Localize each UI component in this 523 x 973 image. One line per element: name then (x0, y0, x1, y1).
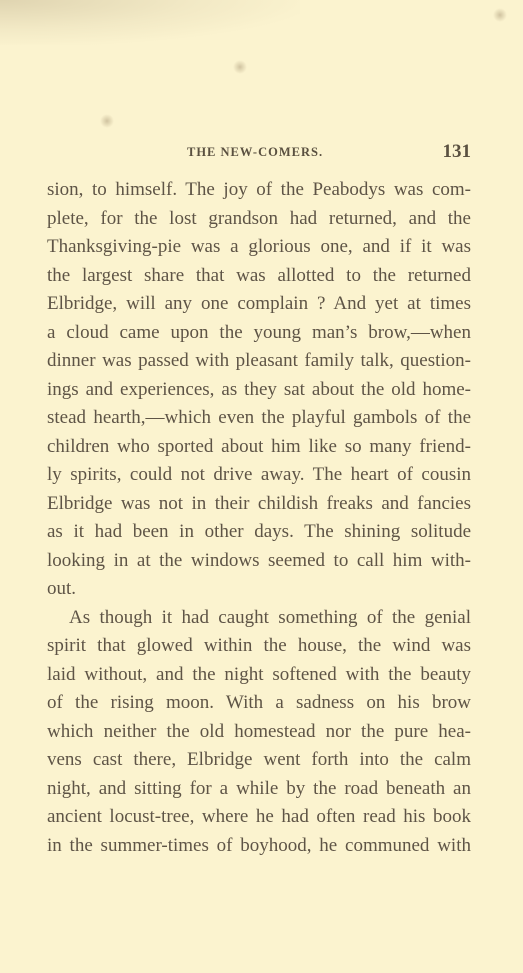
page-speck (233, 60, 247, 74)
text-line: plete, for the lost grandson had returne… (47, 205, 471, 234)
text-line: Thanksgiving-pie was a glorious one, and… (47, 233, 471, 262)
text-line: Elbridge was not in their childish freak… (47, 490, 471, 519)
text-line: Elbridge, will any one complain ? And ye… (47, 290, 471, 319)
text-line: looking in at the windows seemed to call… (47, 547, 471, 576)
page-speck (493, 8, 507, 22)
page-stain (0, 0, 300, 45)
text-line: sion, to himself. The joy of the Peabody… (47, 176, 471, 205)
text-line: night, and sitting for a while by the ro… (47, 775, 471, 804)
text-line: ings and experiences, as they sat about … (47, 376, 471, 405)
text-line: children who sported about him like so m… (47, 433, 471, 462)
text-line: ly spirits, could not drive away. The he… (47, 461, 471, 490)
text-line: as it had been in other days. The shinin… (47, 518, 471, 547)
text-line: of the rising moon. With a sadness on hi… (47, 689, 471, 718)
paragraph-start-line: As though it had caught something of the… (47, 604, 471, 633)
text-line: in the summer-times of boyhood, he commu… (47, 832, 471, 861)
running-title: THE NEW-COMERS. (187, 145, 323, 160)
page-number: 131 (443, 141, 472, 163)
text-line: a cloud came upon the young man’s brow,—… (47, 319, 471, 348)
text-line: out. (47, 575, 471, 604)
text-line: vens cast there, Elbridge went forth int… (47, 746, 471, 775)
text-line: which neither the old homestead nor the … (47, 718, 471, 747)
text-line: dinner was passed with pleasant family t… (47, 347, 471, 376)
text-line: ancient locust-tree, where he had often … (47, 803, 471, 832)
text-line: the largest share that was allotted to t… (47, 262, 471, 291)
text-line: stead hearth,—which even the playful gam… (47, 404, 471, 433)
page-speck (100, 114, 114, 128)
running-head: THE NEW-COMERS. 131 (47, 141, 471, 165)
body-text: sion, to himself. The joy of the Peabody… (47, 176, 471, 860)
text-line: laid without, and the night softened wit… (47, 661, 471, 690)
text-line: spirit that glowed within the house, the… (47, 632, 471, 661)
